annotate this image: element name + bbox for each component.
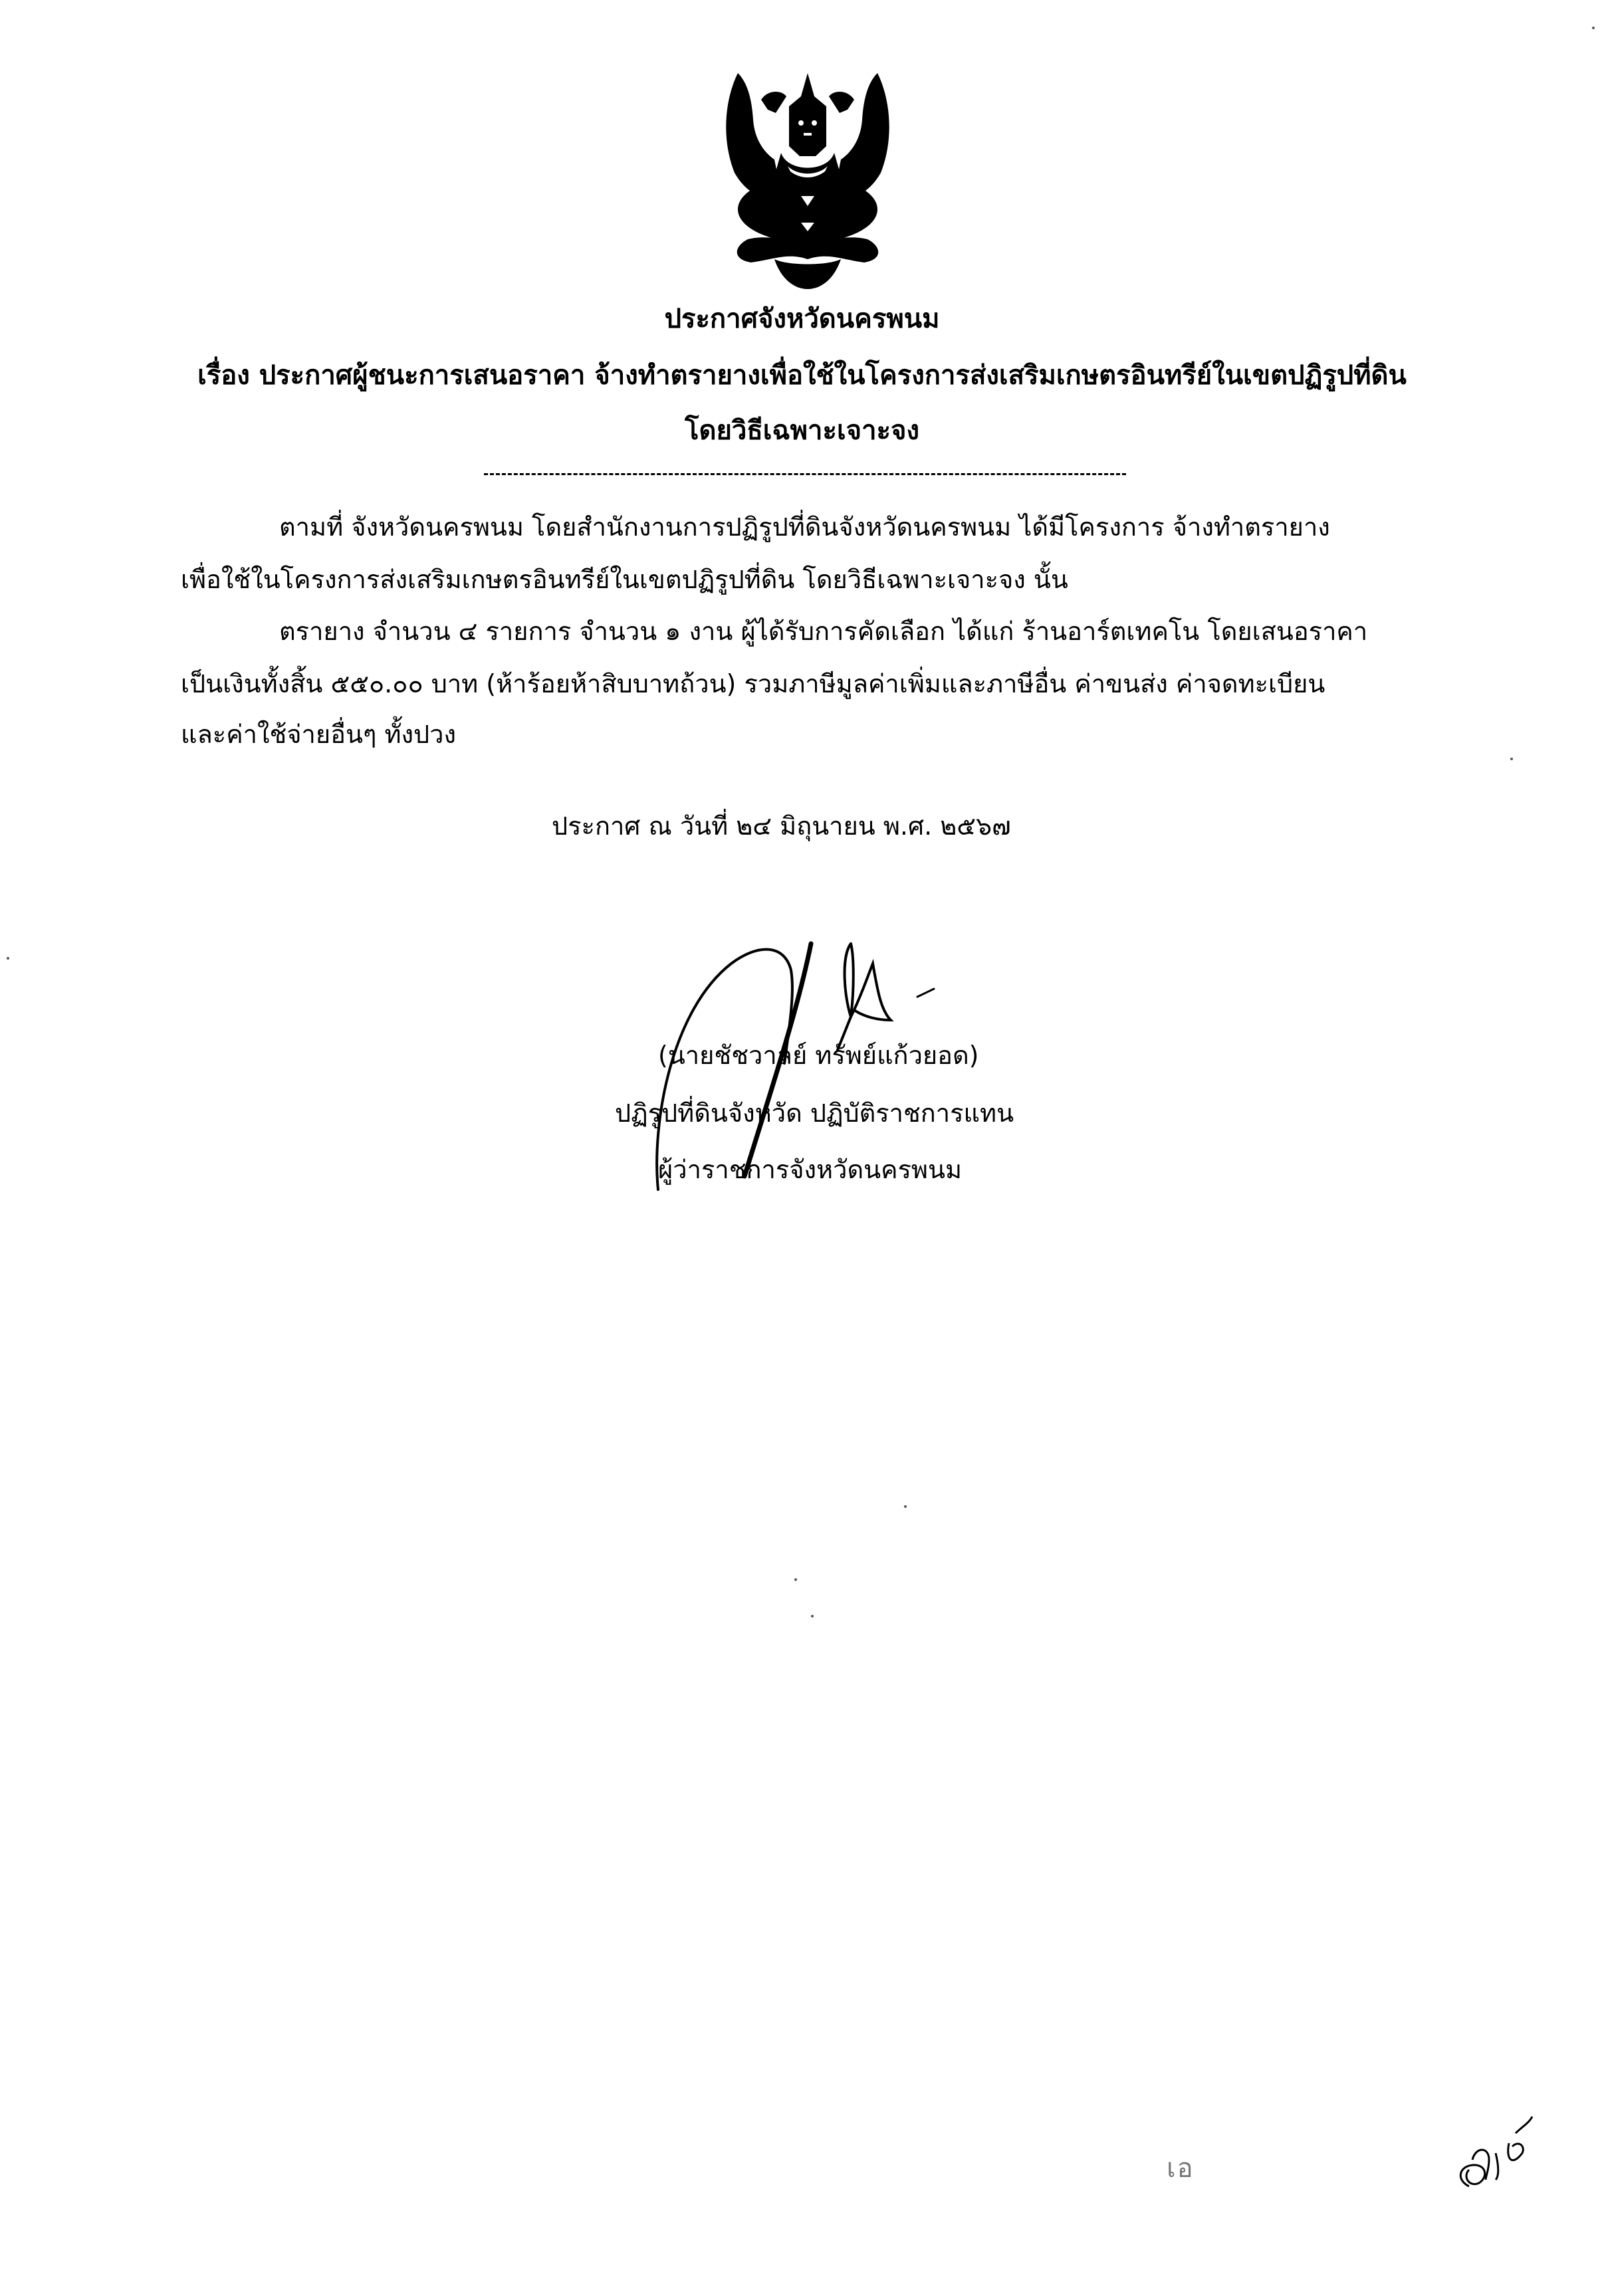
announcement-date: ประกาศ ณ วันที่ ๒๔ มิถุนายน พ.ศ. ๒๕๖๗ — [552, 807, 1011, 845]
procurement-method: โดยวิธีเฉพาะเจาะจง — [0, 411, 1604, 451]
scan-speck — [1510, 758, 1513, 760]
header-divider — [484, 473, 1126, 475]
signatory-position: ปฏิรูปที่ดินจังหวัด ปฏิบัติราชการแทน — [615, 1095, 1014, 1132]
signatory-on-behalf-of: ผู้ว่าราชการจังหวัดนครพนม — [658, 1151, 962, 1188]
document-title: ประกาศจังหวัดนครพนม — [0, 299, 1604, 339]
scan-speck — [7, 957, 9, 960]
paragraph-1-line-2: เพื่อใช้ในโครงการส่งเสริมเกษตรอินทรีย์ใน… — [181, 561, 1068, 598]
scan-speck — [904, 1505, 907, 1508]
garuda-emblem-icon — [701, 60, 914, 299]
scan-speck — [794, 1578, 797, 1581]
paragraph-2-line-1: ตรายาง จำนวน ๔ รายการ จำนวน ๑ งาน ผู้ได้… — [279, 613, 1367, 650]
paragraph-2-line-3: และค่าใช้จ่ายอื่นๆ ทั้งปวง — [181, 716, 456, 753]
document-page: ประกาศจังหวัดนครพนม เรื่อง ประกาศผู้ชนะก… — [0, 0, 1604, 2296]
document-subject: เรื่อง ประกาศผู้ชนะการเสนอราคา จ้างทำตรา… — [0, 356, 1604, 395]
footer-faint-mark: เอ — [1167, 2146, 1195, 2189]
handwritten-initials-icon — [1449, 2113, 1555, 2200]
paragraph-2-line-2: เป็นเงินทั้งสิ้น ๕๕๐.๐๐ บาท (ห้าร้อยห้าส… — [181, 665, 1325, 702]
scan-speck — [1592, 27, 1595, 29]
signatory-name: (นายชัชวาลย์ ทรัพย์แก้วยอด) — [658, 1037, 979, 1074]
paragraph-1-line-1: ตามที่ จังหวัดนครพนม โดยสำนักงานการปฏิรู… — [279, 508, 1330, 546]
scan-speck — [811, 1615, 814, 1618]
